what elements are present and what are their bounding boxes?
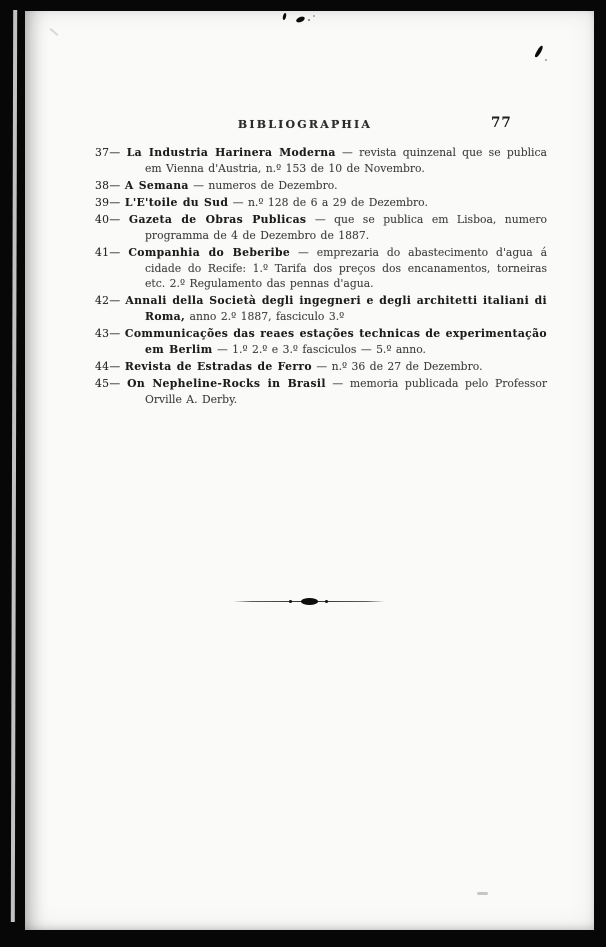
entry-number: 37— xyxy=(95,146,120,159)
ink-speck-icon xyxy=(545,59,547,61)
entry-text: — numeros de Dezembro. xyxy=(193,179,337,192)
ink-speck-icon xyxy=(308,19,310,21)
entry-number: 43— xyxy=(95,327,120,340)
entry-number: 41— xyxy=(95,246,120,259)
list-item: 43— Communicações das reaes estações tec… xyxy=(95,326,547,357)
entry-number: 44— xyxy=(95,360,120,373)
divider-dot-icon xyxy=(289,600,292,603)
entry-text: — n.º 128 de 6 a 29 de Dezembro. xyxy=(233,196,428,209)
entry-title: Gazeta de Obras Publicas xyxy=(129,213,306,226)
book-page: BIBLIOGRAPHIA 77 37— La Industria Harine… xyxy=(25,11,594,930)
ink-blot-icon xyxy=(295,15,305,23)
entry-title: Companhia do Beberibe xyxy=(128,246,290,259)
list-item: 40— Gazeta de Obras Publicas — que se pu… xyxy=(95,212,547,243)
entry-text: anno 2.º 1887, fasciculo 3.º xyxy=(190,310,345,323)
list-item: 37— La Industria Harinera Moderna — revi… xyxy=(95,145,547,176)
list-item: 39— L'E'toile du Sud — n.º 128 de 6 a 29… xyxy=(95,195,547,211)
divider-lens-icon xyxy=(301,598,318,605)
list-item: 44— Revista de Estradas de Ferro — n.º 3… xyxy=(95,359,547,375)
entry-number: 42— xyxy=(95,294,120,307)
entry-number: 40— xyxy=(95,213,120,226)
list-item: 41— Companhia do Beberibe — emprezaria d… xyxy=(95,245,547,292)
divider-dot-icon xyxy=(325,600,328,603)
entry-number: 45— xyxy=(95,377,120,390)
ink-speck-icon xyxy=(313,15,315,17)
ink-speck-icon xyxy=(282,13,287,21)
list-item: 42— Annali della Società degli ingegneri… xyxy=(95,293,547,324)
ornament-divider-icon xyxy=(233,597,385,607)
ink-slash-mark-icon xyxy=(534,45,544,58)
entry-title: Revista de Estradas de Ferro xyxy=(125,360,312,373)
smudge-mark-icon xyxy=(50,28,59,36)
entry-title: La Industria Harinera Moderna xyxy=(127,146,336,159)
entry-title: On Nepheline-Rocks in Brasil xyxy=(127,377,326,390)
smudge-mark-icon xyxy=(477,892,488,895)
entry-text: — n.º 36 de 27 de Dezembro. xyxy=(316,360,482,373)
entry-number: 39— xyxy=(95,196,120,209)
photographed-book-scan: { "header": { "title": "BIBLIOGRAPHIA", … xyxy=(0,0,606,947)
page-number: 77 xyxy=(491,115,535,131)
entry-title: L'E'toile du Sud xyxy=(125,196,228,209)
entry-title: A Semana xyxy=(125,179,189,192)
page-edge-sliver xyxy=(11,10,17,922)
list-item: 38— A Semana — numeros de Dezembro. xyxy=(95,178,547,194)
list-item: 45— On Nepheline-Rocks in Brasil — memor… xyxy=(95,376,547,407)
bibliography-list: 37— La Industria Harinera Moderna — revi… xyxy=(95,145,547,409)
entry-number: 38— xyxy=(95,179,120,192)
entry-text: — 1.º 2.º e 3.º fasciculos — 5.º anno. xyxy=(217,343,426,356)
